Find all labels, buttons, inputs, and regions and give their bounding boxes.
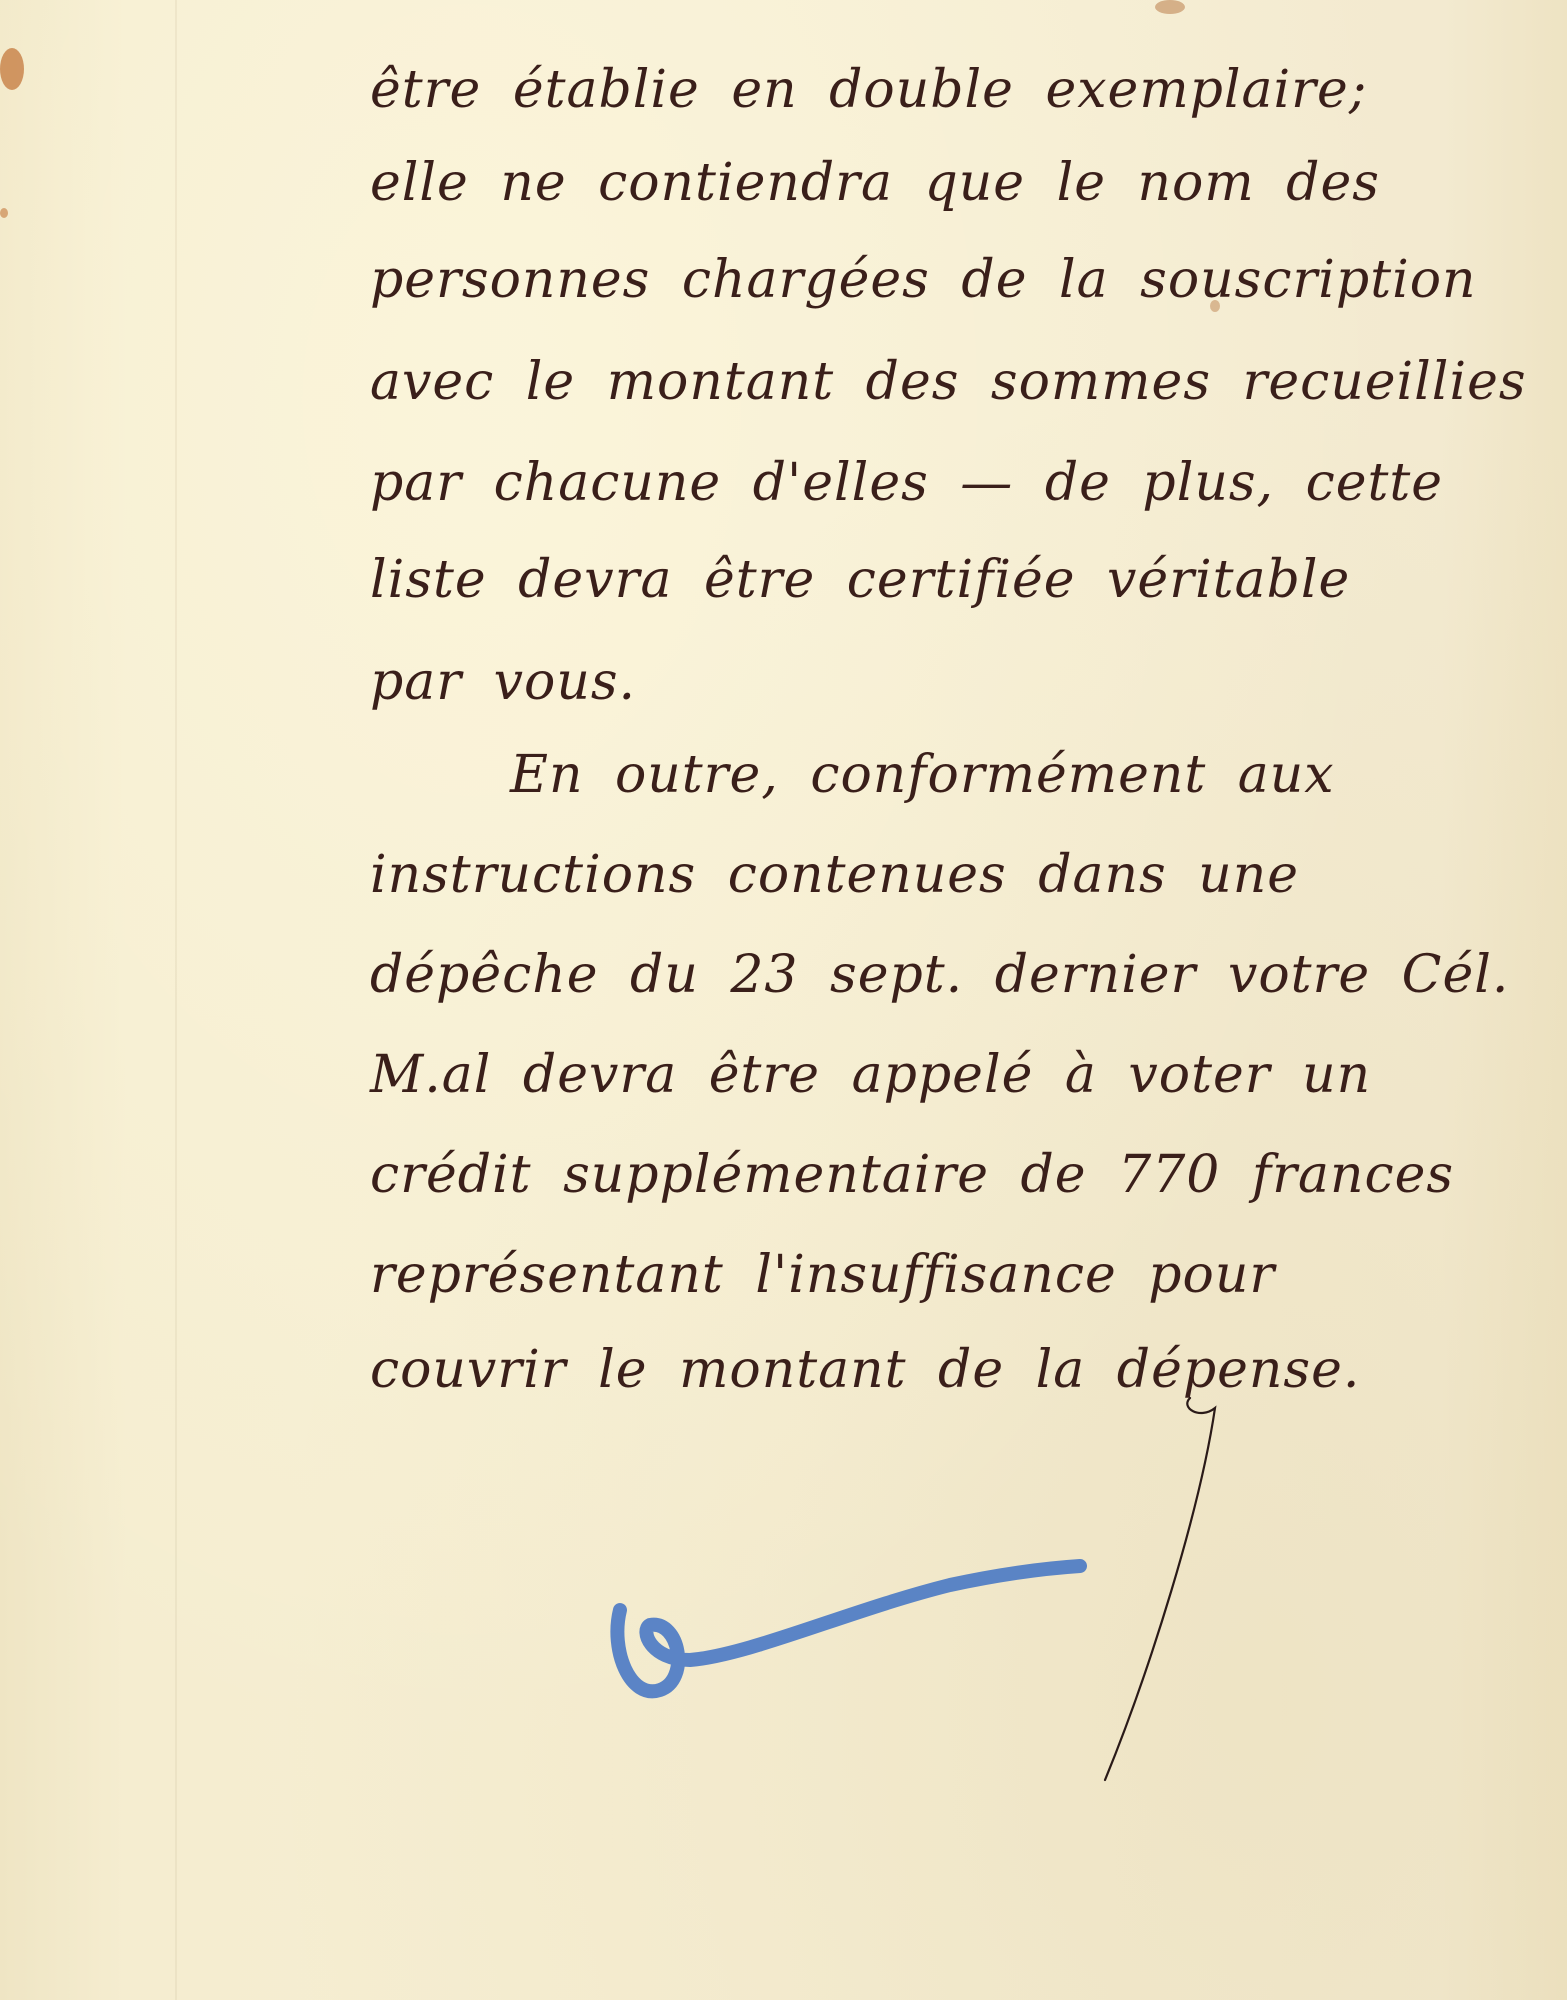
text-line-5: par chacune d'elles — de plus, cette: [370, 453, 1443, 513]
foxing-stain: [1155, 0, 1185, 14]
text-line-6: liste devra être certifiée véritable: [370, 550, 1350, 610]
foxing-stain: [0, 48, 24, 90]
text-line-12: crédit supplémentaire de 770 frances: [370, 1145, 1454, 1205]
text-line-3: personnes chargées de la souscription: [370, 250, 1477, 310]
text-line-9: instructions contenues dans une: [370, 845, 1299, 905]
text-line-13: représentant l'insuffisance pour: [370, 1245, 1275, 1305]
text-line-4: avec le montant des sommes recueillies: [370, 352, 1527, 412]
text-line-10: dépêche du 23 sept. dernier votre Cél.: [370, 945, 1509, 1005]
paper-fold-line: [175, 0, 177, 2000]
text-line-11: M.al devra être appelé à voter un: [370, 1045, 1371, 1105]
text-line-7: par vous.: [370, 652, 636, 712]
text-line-2: elle ne contiendra que le nom des: [370, 153, 1380, 213]
foxing-stain: [0, 208, 8, 218]
text-line-1: être établie en double exemplaire;: [370, 60, 1367, 120]
blue-pencil-flourish-icon: [600, 1530, 1120, 1710]
closing-ink-line-icon: [1080, 1390, 1230, 1790]
text-line-8-paragraph-start: En outre, conformément aux: [510, 745, 1335, 805]
